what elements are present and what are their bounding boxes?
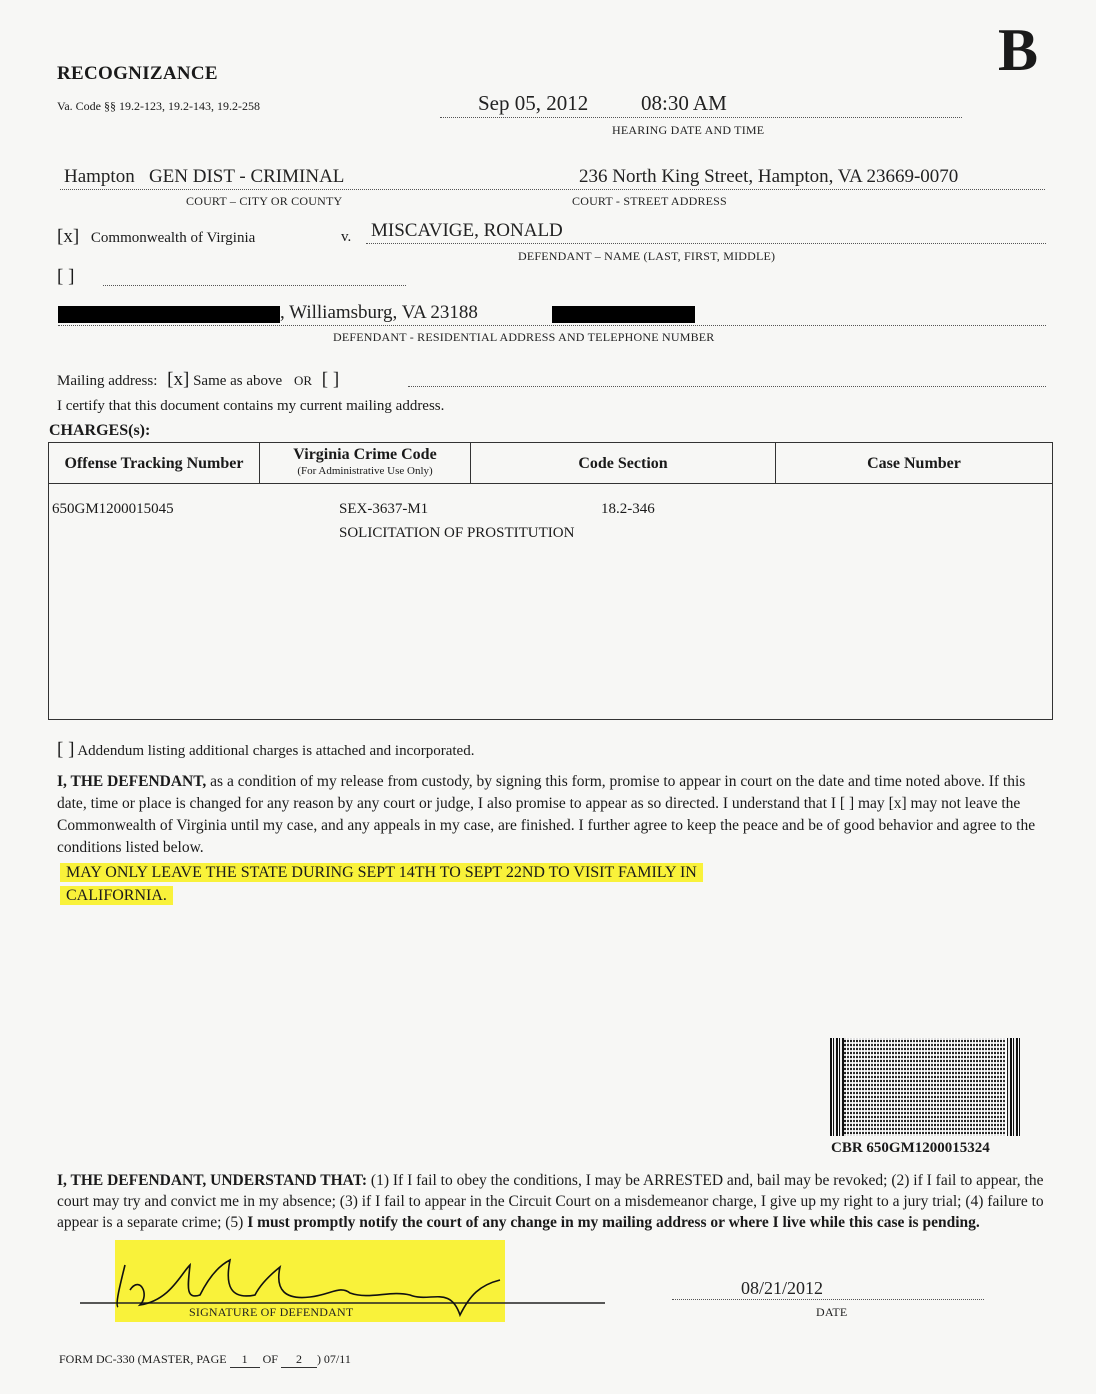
hearing-line xyxy=(440,117,962,118)
addendum-label: Addendum listing additional charges is a… xyxy=(77,743,474,759)
footer-total-pages: 2 xyxy=(281,1352,317,1368)
defendant-name-caption: DEFENDANT – NAME (LAST, FIRST, MIDDLE) xyxy=(518,249,775,264)
col-crime-code: Virginia Crime Code(For Administrative U… xyxy=(260,443,471,484)
court-city: Hampton GEN DIST - CRIMINAL xyxy=(64,166,344,188)
va-code-reference: Va. Code §§ 19.2-123, 19.2-143, 19.2-258 xyxy=(57,99,260,114)
form-title: RECOGNIZANCE xyxy=(57,63,218,85)
understand-paragraph: I, THE DEFENDANT, UNDERSTAND THAT: (1) I… xyxy=(57,1170,1047,1233)
promise-paragraph: I, THE DEFENDANT, as a condition of my r… xyxy=(57,771,1047,859)
residence-caption: DEFENDANT - RESIDENTIAL ADDRESS AND TELE… xyxy=(333,330,715,345)
versus: v. xyxy=(341,229,351,246)
charge-code-section: 18.2-346 xyxy=(601,501,655,518)
residence-address: , Williamsburg, VA 23188 xyxy=(280,302,478,324)
redaction-phone xyxy=(552,306,695,323)
hearing-time: 08:30 AM xyxy=(641,91,727,116)
footer-page: 1 xyxy=(230,1352,260,1368)
residence-line xyxy=(58,325,1046,326)
or-label: OR xyxy=(294,373,312,388)
mailing-row: Mailing address: [x] Same as above OR [ … xyxy=(57,369,339,391)
other-party-row: [ ] xyxy=(57,266,74,288)
charge-crime-code: SEX-3637-M1 xyxy=(339,501,428,518)
promise-lead: I, THE DEFENDANT, xyxy=(57,773,206,790)
addendum-row: [ ] Addendum listing additional charges … xyxy=(57,739,474,761)
may-checkbox[interactable]: [ ] xyxy=(840,795,854,812)
court-address-caption: COURT - STREET ADDRESS xyxy=(572,194,727,209)
col-offense-tracking: Offense Tracking Number xyxy=(49,443,260,484)
barcode-label: CBR 650GM1200015324 xyxy=(831,1140,990,1157)
form-footer: FORM DC-330 (MASTER, PAGE 1 OF 2) 07/11 xyxy=(59,1352,351,1368)
exhibit-label: B xyxy=(998,20,1038,80)
commonwealth-checkbox[interactable]: [x] xyxy=(57,226,79,247)
charge-tracking-number: 650GM1200015045 xyxy=(52,501,174,518)
court-city-caption: COURT – CITY OR COUNTY xyxy=(186,194,342,209)
other-party-line xyxy=(103,285,406,286)
addendum-checkbox[interactable]: [ ] xyxy=(57,739,74,760)
same-as-above-checkbox[interactable]: [x] xyxy=(167,369,189,390)
charges-body xyxy=(48,484,1053,720)
other-mailing-checkbox[interactable]: [ ] xyxy=(322,369,339,390)
signature-date: 08/21/2012 xyxy=(741,1278,823,1299)
defendant-name-line xyxy=(366,243,1046,244)
charge-description: SOLICITATION OF PROSTITUTION xyxy=(339,525,574,542)
condition-line-2: CALIFORNIA. xyxy=(60,886,173,905)
commonwealth-label: Commonwealth of Virginia xyxy=(91,230,255,246)
charges-table: Offense Tracking Number Virginia Crime C… xyxy=(48,442,1053,484)
mailing-label: Mailing address: xyxy=(57,373,157,389)
condition-line-1: MAY ONLY LEAVE THE STATE DURING SEPT 14T… xyxy=(60,863,703,882)
redaction-address xyxy=(58,306,280,323)
court-line xyxy=(60,189,1045,190)
hearing-date: Sep 05, 2012 xyxy=(478,91,588,116)
commonwealth-row: [x] Commonwealth of Virginia xyxy=(57,226,255,248)
court-address: 236 North King Street, Hampton, VA 23669… xyxy=(579,166,958,188)
col-code-section: Code Section xyxy=(471,443,776,484)
release-condition: MAY ONLY LEAVE THE STATE DURING SEPT 14T… xyxy=(60,861,703,907)
col-case-number: Case Number xyxy=(776,443,1053,484)
certify-text: I certify that this document contains my… xyxy=(57,398,444,415)
same-as-above-label: Same as above xyxy=(193,373,282,389)
barcode xyxy=(830,1038,1020,1136)
date-line xyxy=(672,1299,984,1300)
mailing-other-line xyxy=(408,386,1046,387)
charges-heading: CHARGES(s): xyxy=(49,422,150,440)
other-party-checkbox[interactable]: [ ] xyxy=(57,266,74,287)
signature-caption: SIGNATURE OF DEFENDANT xyxy=(189,1305,353,1320)
understand-lead: I, THE DEFENDANT, UNDERSTAND THAT: xyxy=(57,1172,367,1189)
date-caption: DATE xyxy=(816,1305,847,1320)
defendant-name: MISCAVIGE, RONALD xyxy=(371,220,563,242)
hearing-caption: HEARING DATE AND TIME xyxy=(612,123,764,138)
may-not-checkbox[interactable]: [x] xyxy=(889,795,907,812)
